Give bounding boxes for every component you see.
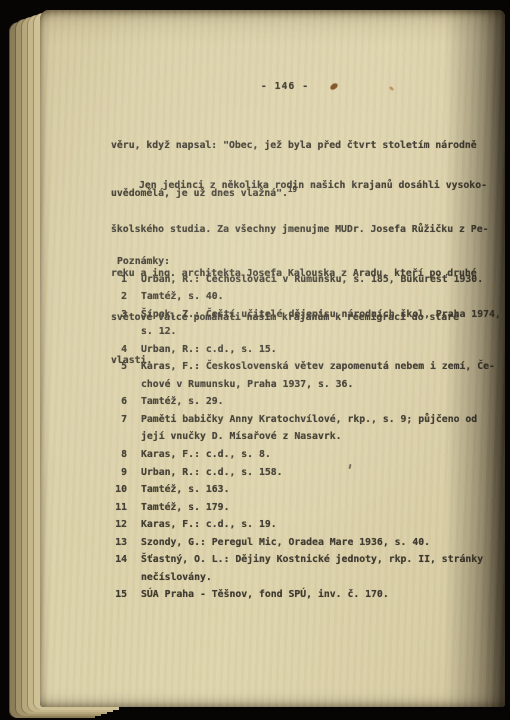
footnote-text: Karas, F.: c.d., s. 8. [141, 446, 271, 464]
footnote-line: Šípek, Z.: Čeští učitelé dějepisu národn… [141, 306, 501, 324]
book-page: - 146 - věru, když napsal: "Obec, jež by… [40, 10, 505, 707]
footnote-text: Šťastný, O. L.: Dějiny Kostnické jednoty… [141, 551, 483, 586]
footnote-line: její vnučky D. Mísařové z Nasavrk. [141, 428, 477, 446]
footnote-line: SÚA Praha - Těšnov, fond SPÚ, inv. č. 17… [141, 586, 389, 604]
footnote-text: Tamtéž, s. 29. [141, 393, 224, 411]
footnote-text: Tamtéž, s. 163. [141, 481, 229, 499]
footnote-text: Urban, R.: c.d., s. 15. [141, 341, 277, 359]
footnote-number: 11 [111, 499, 127, 517]
footnote-item: 12 Karas, F.: c.d., s. 19. [111, 516, 501, 534]
footnote-number: 5 [111, 358, 127, 393]
footnote-number: 13 [111, 534, 127, 552]
footnote-number: 10 [111, 481, 127, 499]
footnote-text: Karas, F.: c.d., s. 19. [141, 516, 277, 534]
footnote-number: 9 [111, 464, 127, 482]
footnote-line: nečíslovány. [141, 569, 483, 587]
footnote-number: 6 [111, 393, 127, 411]
footnote-line: Karas, F.: Československá větev zapomenu… [141, 358, 495, 376]
footnote-line: Urban, R.: c.d., s. 15. [141, 341, 277, 359]
footnote-number: 3 [111, 306, 127, 341]
footnote-text: SÚA Praha - Těšnov, fond SPÚ, inv. č. 17… [141, 586, 389, 604]
footnote-text: Tamtéž, s. 40. [141, 288, 224, 306]
footnote-item: 10 Tamtéž, s. 163. [111, 481, 501, 499]
footnote-item: 2 Tamtéž, s. 40. [111, 288, 501, 306]
footnote-number: 14 [111, 551, 127, 586]
footnote-line: Karas, F.: c.d., s. 8. [141, 446, 271, 464]
footnote-line: Karas, F.: c.d., s. 19. [141, 516, 277, 534]
footnote-number: 2 [111, 288, 127, 306]
footnote-text: Karas, F.: Československá větev zapomenu… [141, 358, 495, 393]
footnote-item: 8 Karas, F.: c.d., s. 8. [111, 446, 501, 464]
footnote-number: 12 [111, 516, 127, 534]
notes-heading: Poznámky: [111, 253, 501, 271]
footnote-text: Paměti babičky Anny Kratochvílové, rkp.,… [141, 411, 477, 446]
page-number: - 146 - [111, 81, 459, 93]
footnote-line: Tamtéž, s. 40. [141, 288, 224, 306]
footnote-line: s. 12. [141, 323, 501, 341]
footnote-item: 3 Šípek, Z.: Čeští učitelé dějepisu náro… [111, 306, 501, 341]
footnote-line: Šťastný, O. L.: Dějiny Kostnické jednoty… [141, 551, 483, 569]
footnote-text: Tamtéž, s. 179. [141, 499, 229, 517]
footnote-line: chové v Rumunsku, Praha 1937, s. 36. [141, 376, 495, 394]
footnote-number: 4 [111, 341, 127, 359]
footnote-text: Szondy, G.: Peregul Mic, Oradea Mare 193… [141, 534, 430, 552]
footnote-line: Paměti babičky Anny Kratochvílové, rkp.,… [141, 411, 477, 429]
footnote-line: Szondy, G.: Peregul Mic, Oradea Mare 193… [141, 534, 430, 552]
footnote-text: Urban, R.: Čechoslováci v Rumunsku, s. 1… [141, 271, 483, 289]
footnote-item: 5 Karas, F.: Československá větev zapome… [111, 358, 501, 393]
footnote-number: 8 [111, 446, 127, 464]
footnote-line: Tamtéž, s. 29. [141, 393, 224, 411]
footnote-line: Tamtéž, s. 179. [141, 499, 229, 517]
footnotes-section: Poznámky: 1 Urban, R.: Čechoslováci v Ru… [111, 253, 501, 604]
footnote-number: 1 [111, 271, 127, 289]
footnote-line: Tamtéž, s. 163. [141, 481, 229, 499]
footnote-item: 6 Tamtéž, s. 29. [111, 393, 501, 411]
footnote-number: 7 [111, 411, 127, 446]
footnote-item: 11 Tamtéž, s. 179. [111, 499, 501, 517]
footnote-item: 1 Urban, R.: Čechoslováci v Rumunsku, s.… [111, 271, 501, 289]
footnote-line: Urban, R.: c.d., s. 158. [141, 464, 283, 482]
text-line: školského studia. Za všechny jmenujme MU… [111, 223, 489, 238]
footnote-number: 15 [111, 586, 127, 604]
book-photo: - 146 - věru, když napsal: "Obec, jež by… [0, 0, 510, 720]
footnote-text: Urban, R.: c.d., s. 158. [141, 464, 283, 482]
footnote-item: 14 Šťastný, O. L.: Dějiny Kostnické jedn… [111, 551, 501, 586]
footnote-item: 9 Urban, R.: c.d., s. 158. [111, 464, 501, 482]
text-line: Jen jedinci z několika rodin našich kraj… [111, 179, 489, 194]
footnote-item: 4 Urban, R.: c.d., s. 15. [111, 341, 501, 359]
footnote-item: 15 SÚA Praha - Těšnov, fond SPÚ, inv. č.… [111, 586, 501, 604]
footnote-line: Urban, R.: Čechoslováci v Rumunsku, s. 1… [141, 271, 483, 289]
footnote-item: 13 Szondy, G.: Peregul Mic, Oradea Mare … [111, 534, 501, 552]
footnote-text: Šípek, Z.: Čeští učitelé dějepisu národn… [141, 306, 501, 341]
footnote-item: 7 Paměti babičky Anny Kratochvílové, rkp… [111, 411, 501, 446]
